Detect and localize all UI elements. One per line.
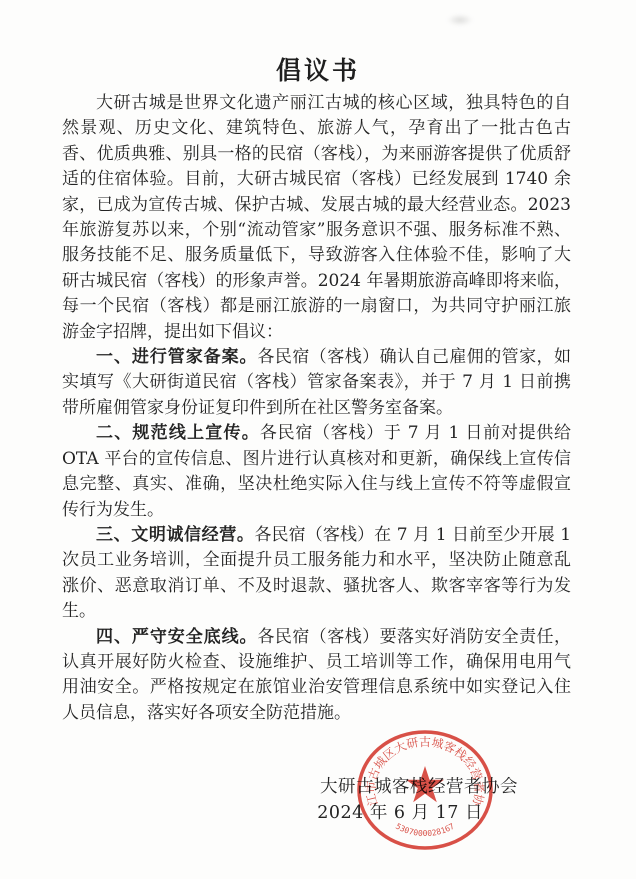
- paragraph-item-1: 一、进行管家备案。各民宿（客栈）确认自己雇佣的管家，如实填写《大研街道民宿（客栈…: [62, 345, 571, 421]
- paragraph-item-4: 四、严守安全底线。各民宿（客栈）要落实好消防安全责任，认真开展好防火检查、设施维…: [62, 625, 571, 727]
- paragraph-item-3: 三、文明诚信经营。各民宿（客栈）在 7 月 1 日前至少开展 1 次员工业务培训…: [62, 523, 571, 625]
- scan-smudge: [447, 14, 473, 26]
- paragraph-text: 大研古城是世界文化遗产丽江古城的核心区域，独具特色的自然景观、历史文化、建筑特色…: [62, 93, 571, 342]
- seal-number: 5307000028167: [394, 822, 456, 839]
- document-title: 倡议书: [0, 51, 636, 87]
- section-heading-3: 三、文明诚信经营。: [96, 525, 254, 545]
- document-page: 倡议书 大研古城是世界文化遗产丽江古城的核心区域，独具特色的自然景观、历史文化、…: [0, 0, 636, 879]
- paragraph-intro: 大研古城是世界文化遗产丽江古城的核心区域，独具特色的自然景观、历史文化、建筑特色…: [62, 91, 571, 345]
- official-seal: 丽江市古城区大研古城客栈经营者协会 5307000028167: [355, 728, 495, 854]
- section-heading-1: 一、进行管家备案。: [96, 347, 257, 367]
- section-heading-2: 二、规范线上宣传。: [96, 423, 260, 443]
- document-body: 大研古城是世界文化遗产丽江古城的核心区域，独具特色的自然景观、历史文化、建筑特色…: [62, 91, 571, 726]
- seal-star-icon: [406, 766, 444, 802]
- section-heading-4: 四、严守安全底线。: [96, 627, 257, 647]
- paragraph-item-2: 二、规范线上宣传。各民宿（客栈）于 7 月 1 日前对提供给 OTA 平台的宣传…: [62, 421, 571, 523]
- seal-number-textpath: 5307000028167: [394, 822, 456, 839]
